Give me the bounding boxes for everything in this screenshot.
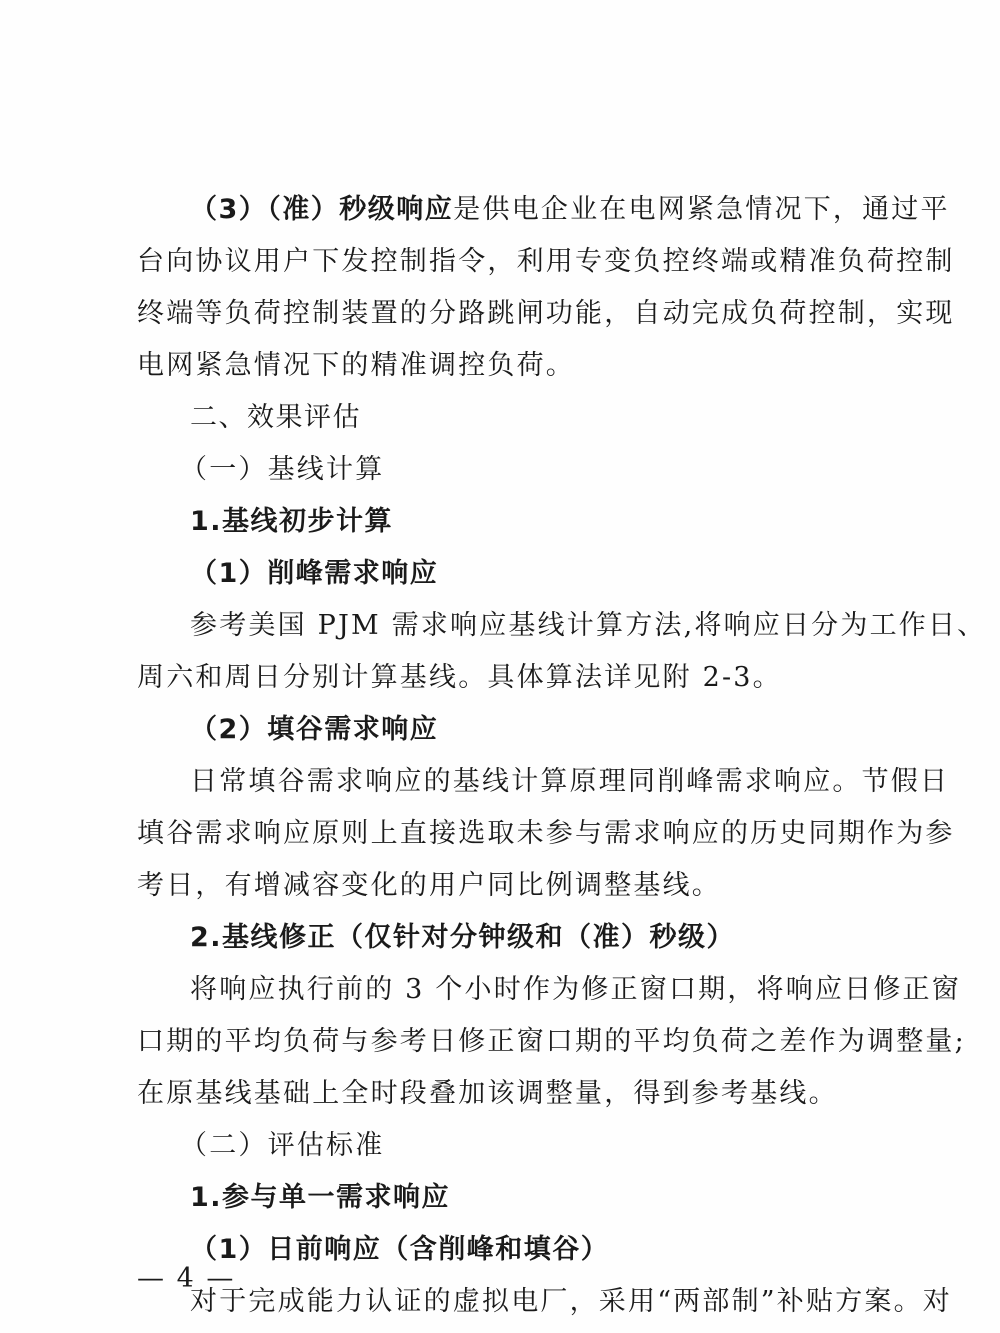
document-page: （3）（准）秒级响应是供电企业在电网紧急情况下，通过平 台向协议用户下发控制指令… [0, 0, 1000, 1333]
subheading: （1）日前响应（含削峰和填谷） [190, 1233, 877, 1267]
paragraph-line: 对于完成能力认证的虚拟电厂，采用“两部制”补贴方案。对 [190, 1285, 877, 1319]
page-number: — 4 — [137, 1262, 235, 1296]
paragraph-line: 在原基线基础上全时段叠加该调整量，得到参考基线。 [137, 1077, 877, 1111]
subheading: 1.参与单一需求响应 [190, 1181, 877, 1215]
paragraph-line: 台向协议用户下发控制指令，利用专变负控终端或精准负荷控制 [137, 245, 877, 279]
subsection-heading: （二）评估标准 [180, 1129, 867, 1163]
bold-lead-text: （3）（准）秒级响应 [190, 194, 453, 225]
paragraph-line: 将响应执行前的 3 个小时作为修正窗口期，将响应日修正窗 [190, 973, 877, 1007]
subheading: 1.基线初步计算 [190, 505, 877, 539]
paragraph-line: （3）（准）秒级响应是供电企业在电网紧急情况下，通过平 [190, 193, 877, 227]
subheading: 2.基线修正（仅针对分钟级和（准）秒级） [190, 921, 877, 955]
paragraph-line: 日常填谷需求响应的基线计算原理同削峰需求响应。节假日 [190, 765, 877, 799]
paragraph-line: 电网紧急情况下的精准调控负荷。 [137, 349, 877, 383]
paragraph-line: 周六和周日分别计算基线。具体算法详见附 2-3。 [137, 661, 877, 695]
paragraph-line: 填谷需求响应原则上直接选取未参与需求响应的历史同期作为参 [137, 817, 877, 851]
paragraph-line: 参考美国 PJM 需求响应基线计算方法,将响应日分为工作日、 [190, 609, 877, 643]
subheading: （2）填谷需求响应 [190, 713, 877, 747]
paragraph-line: 口期的平均负荷与参考日修正窗口期的平均负荷之差作为调整量; [137, 1025, 877, 1059]
subsection-heading: （一）基线计算 [180, 453, 867, 487]
paragraph-line: 终端等负荷控制装置的分路跳闸功能，自动完成负荷控制，实现 [137, 297, 877, 331]
subheading: （1）削峰需求响应 [190, 557, 877, 591]
section-heading: 二、效果评估 [190, 401, 877, 435]
paragraph-line: 考日，有增减容变化的用户同比例调整基线。 [137, 869, 877, 903]
